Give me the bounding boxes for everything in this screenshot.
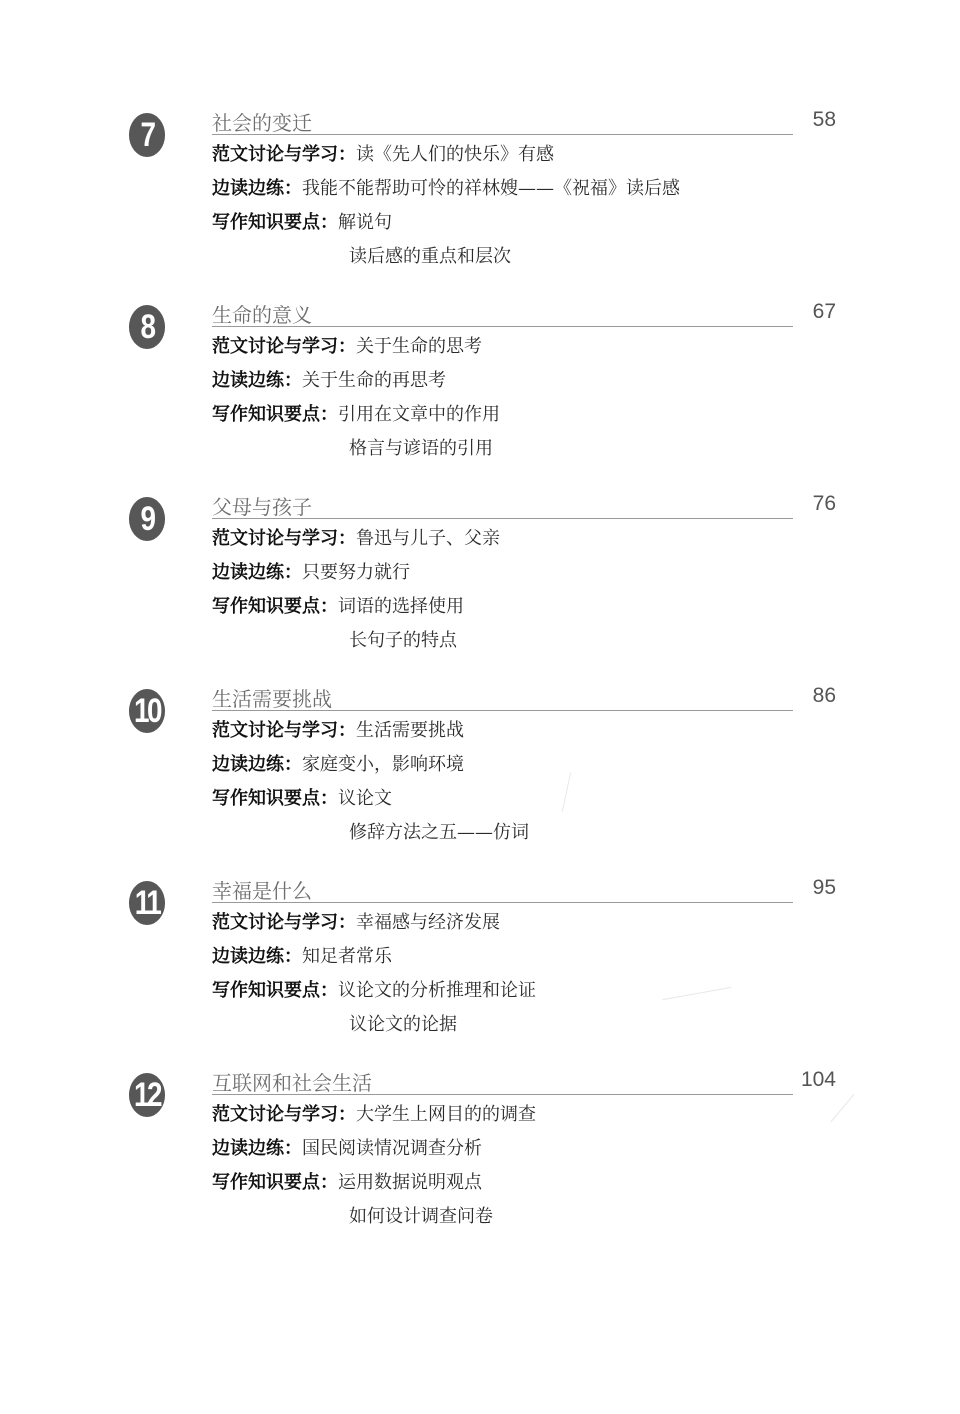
model-text-value: 生活需要挑战 xyxy=(356,720,464,741)
side-reading-entry: 边读边练：家庭变小，影响环境 xyxy=(212,753,464,777)
toc-unit-8: 8 生命的意义 67 范文讨论与学习：关于生命的思考 边读边练：关于生命的再思考… xyxy=(0,303,960,493)
side-reading-label: 边读边练： xyxy=(212,178,302,199)
writing-points-entry-2: 读后感的重点和层次 xyxy=(349,245,511,269)
page-number: 67 xyxy=(813,300,836,324)
title-divider xyxy=(212,710,793,711)
unit-title-row[interactable]: 幸福是什么 95 xyxy=(212,879,836,905)
writing-points-label: 写作知识要点： xyxy=(212,788,338,809)
unit-title-row[interactable]: 互联网和社会生活 104 xyxy=(212,1071,836,1097)
toc-unit-10: 10 生活需要挑战 86 范文讨论与学习：生活需要挑战 边读边练：家庭变小，影响… xyxy=(0,687,960,877)
unit-title[interactable]: 社会的变迁 xyxy=(212,107,312,136)
side-reading-label: 边读边练： xyxy=(212,562,302,583)
side-reading-value: 只要努力就行 xyxy=(302,562,410,583)
unit-number-badge: 9 xyxy=(129,497,165,541)
model-text-entry: 范文讨论与学习：大学生上网目的的调查 xyxy=(212,1103,536,1127)
toc-unit-7: 7 社会的变迁 58 范文讨论与学习：读《先人们的快乐》有感 边读边练：我能不能… xyxy=(0,111,960,301)
side-reading-entry: 边读边练：我能不能帮助可怜的祥林嫂——《祝福》读后感 xyxy=(212,177,680,201)
writing-point-1: 运用数据说明观点 xyxy=(338,1172,482,1193)
toc-unit-11: 11 幸福是什么 95 范文讨论与学习：幸福感与经济发展 边读边练：知足者常乐 … xyxy=(0,879,960,1069)
title-divider xyxy=(212,1094,793,1095)
side-reading-label: 边读边练： xyxy=(212,1138,302,1159)
side-reading-entry: 边读边练：国民阅读情况调查分析 xyxy=(212,1137,482,1161)
title-divider xyxy=(212,518,793,519)
writing-points-label: 写作知识要点： xyxy=(212,404,338,425)
unit-title[interactable]: 幸福是什么 xyxy=(212,875,312,904)
writing-points-label: 写作知识要点： xyxy=(212,596,338,617)
side-reading-entry: 边读边练：关于生命的再思考 xyxy=(212,369,446,393)
model-text-value: 读《先人们的快乐》有感 xyxy=(356,144,554,165)
side-reading-value: 知足者常乐 xyxy=(302,946,392,967)
unit-number-badge: 11 xyxy=(129,881,165,925)
writing-points-label: 写作知识要点： xyxy=(212,980,338,1001)
writing-point-1: 议论文的分析推理和论证 xyxy=(338,980,536,1001)
model-text-label: 范文讨论与学习： xyxy=(212,144,356,165)
side-reading-value: 国民阅读情况调查分析 xyxy=(302,1138,482,1159)
writing-point-1: 解说句 xyxy=(338,212,392,233)
side-reading-entry: 边读边练：只要努力就行 xyxy=(212,561,410,585)
writing-point-2: 议论文的论据 xyxy=(349,1014,457,1035)
model-text-entry: 范文讨论与学习：生活需要挑战 xyxy=(212,719,464,743)
unit-title[interactable]: 父母与孩子 xyxy=(212,491,312,520)
unit-number-badge: 12 xyxy=(129,1073,165,1117)
writing-points-entry: 写作知识要点：解说句 xyxy=(212,211,392,235)
page-number: 104 xyxy=(801,1068,836,1092)
model-text-label: 范文讨论与学习： xyxy=(212,1104,356,1125)
toc-unit-9: 9 父母与孩子 76 范文讨论与学习：鲁迅与儿子、父亲 边读边练：只要努力就行 … xyxy=(0,495,960,685)
writing-point-2: 读后感的重点和层次 xyxy=(349,246,511,267)
model-text-value: 幸福感与经济发展 xyxy=(356,912,500,933)
page-number: 86 xyxy=(813,684,836,708)
unit-number-badge: 7 xyxy=(129,113,165,157)
writing-point-2: 修辞方法之五——仿词 xyxy=(349,822,529,843)
writing-point-1: 引用在文章中的作用 xyxy=(338,404,500,425)
writing-point-1: 词语的选择使用 xyxy=(338,596,464,617)
unit-title[interactable]: 互联网和社会生活 xyxy=(212,1067,372,1096)
side-reading-value: 我能不能帮助可怜的祥林嫂——《祝福》读后感 xyxy=(302,178,680,199)
model-text-label: 范文讨论与学习： xyxy=(212,720,356,741)
side-reading-label: 边读边练： xyxy=(212,946,302,967)
model-text-entry: 范文讨论与学习：读《先人们的快乐》有感 xyxy=(212,143,554,167)
side-reading-label: 边读边练： xyxy=(212,754,302,775)
page-number: 58 xyxy=(813,108,836,132)
unit-title-row[interactable]: 父母与孩子 76 xyxy=(212,495,836,521)
writing-points-entry-2: 如何设计调查问卷 xyxy=(349,1205,493,1229)
writing-points-entry: 写作知识要点：运用数据说明观点 xyxy=(212,1171,482,1195)
side-reading-value: 家庭变小，影响环境 xyxy=(302,754,464,775)
side-reading-value: 关于生命的再思考 xyxy=(302,370,446,391)
writing-points-label: 写作知识要点： xyxy=(212,212,338,233)
unit-title-row[interactable]: 生命的意义 67 xyxy=(212,303,836,329)
writing-points-entry: 写作知识要点：引用在文章中的作用 xyxy=(212,403,500,427)
unit-number-badge: 10 xyxy=(129,689,165,733)
writing-point-1: 议论文 xyxy=(338,788,392,809)
unit-title[interactable]: 生命的意义 xyxy=(212,299,312,328)
writing-points-label: 写作知识要点： xyxy=(212,1172,338,1193)
model-text-entry: 范文讨论与学习：幸福感与经济发展 xyxy=(212,911,500,935)
toc-unit-12: 12 互联网和社会生活 104 范文讨论与学习：大学生上网目的的调查 边读边练：… xyxy=(0,1071,960,1261)
model-text-label: 范文讨论与学习： xyxy=(212,336,356,357)
unit-title-row[interactable]: 生活需要挑战 86 xyxy=(212,687,836,713)
page-number: 76 xyxy=(813,492,836,516)
side-reading-entry: 边读边练：知足者常乐 xyxy=(212,945,392,969)
model-text-value: 大学生上网目的的调查 xyxy=(356,1104,536,1125)
writing-points-entry-2: 修辞方法之五——仿词 xyxy=(349,821,529,845)
unit-number-badge: 8 xyxy=(129,305,165,349)
writing-points-entry-2: 长句子的特点 xyxy=(349,629,457,653)
unit-title-row[interactable]: 社会的变迁 58 xyxy=(212,111,836,137)
writing-point-2: 长句子的特点 xyxy=(349,630,457,651)
unit-title[interactable]: 生活需要挑战 xyxy=(212,683,332,712)
model-text-label: 范文讨论与学习： xyxy=(212,528,356,549)
title-divider xyxy=(212,902,793,903)
writing-points-entry: 写作知识要点：词语的选择使用 xyxy=(212,595,464,619)
writing-points-entry: 写作知识要点：议论文 xyxy=(212,787,392,811)
model-text-entry: 范文讨论与学习：鲁迅与儿子、父亲 xyxy=(212,527,500,551)
writing-point-2: 格言与谚语的引用 xyxy=(349,438,493,459)
model-text-label: 范文讨论与学习： xyxy=(212,912,356,933)
writing-points-entry-2: 议论文的论据 xyxy=(349,1013,457,1037)
title-divider xyxy=(212,134,793,135)
page-number: 95 xyxy=(813,876,836,900)
side-reading-label: 边读边练： xyxy=(212,370,302,391)
writing-points-entry: 写作知识要点：议论文的分析推理和论证 xyxy=(212,979,536,1003)
writing-point-2: 如何设计调查问卷 xyxy=(349,1206,493,1227)
title-divider xyxy=(212,326,793,327)
model-text-value: 鲁迅与儿子、父亲 xyxy=(356,528,500,549)
model-text-entry: 范文讨论与学习：关于生命的思考 xyxy=(212,335,482,359)
model-text-value: 关于生命的思考 xyxy=(356,336,482,357)
writing-points-entry-2: 格言与谚语的引用 xyxy=(349,437,493,461)
